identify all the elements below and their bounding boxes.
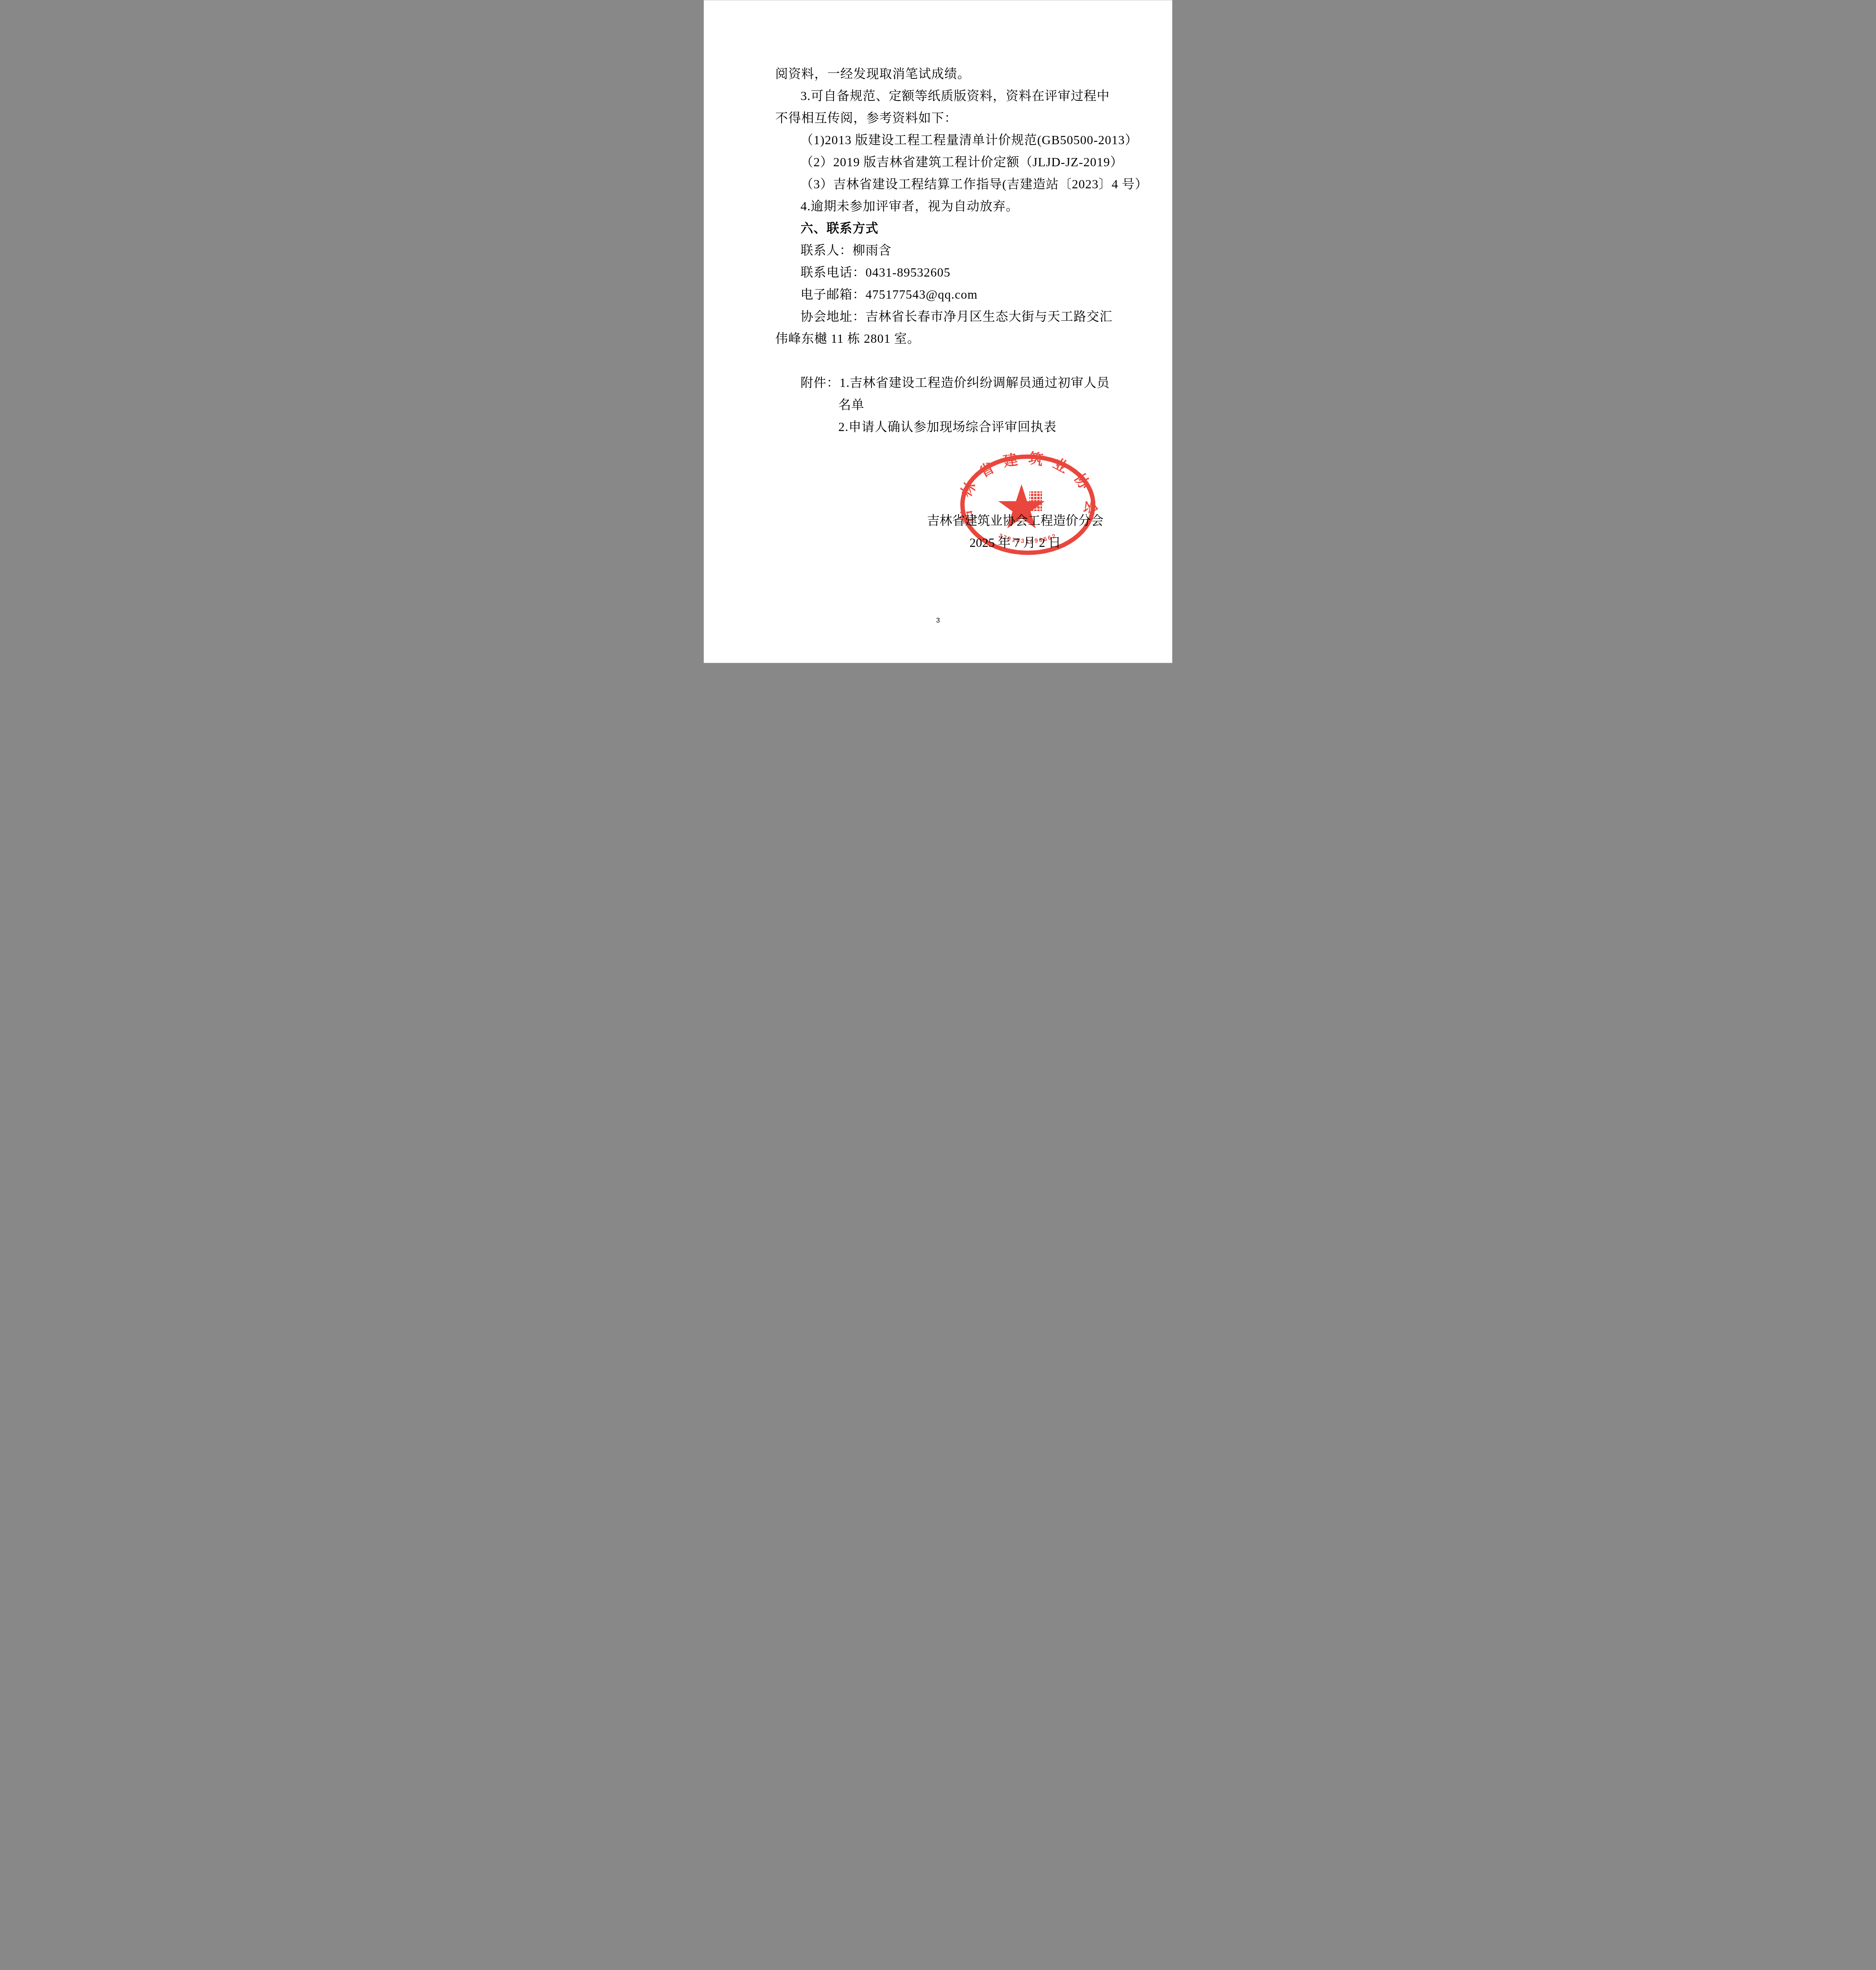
doc-line: 3.可自备规范、定额等纸质版资料，资料在评审过程中 (775, 85, 1106, 107)
attachment-line: 名单 (775, 394, 1106, 416)
blank-space (775, 438, 1106, 509)
page-number: 3 (936, 617, 940, 624)
signature-organization: 吉林省建筑业协会工程造价分会 (926, 509, 1104, 532)
signature-block: 吉林省建筑业协会工程造价分会 2025 年 7 月 2 日 (926, 509, 1104, 554)
doc-line: （2）2019 版吉林省建筑工程计价定额（JLJD-JZ-2019） (775, 151, 1106, 173)
blank-line (775, 349, 1106, 372)
contact-address-line: 协会地址：吉林省长春市净月区生态大街与天工路交汇 (775, 305, 1106, 327)
doc-line: 不得相互传阅，参考资料如下： (775, 107, 1106, 129)
page-footer: 3 (704, 616, 1172, 625)
contact-address-line: 伟峰东樾 11 栋 2801 室。 (775, 327, 1106, 349)
doc-line: （3）吉林省建设工程结算工作指导(吉建造站〔2023〕4 号） (775, 173, 1106, 195)
doc-line: 阅资料，一经发现取消笔试成绩。 (775, 63, 1106, 85)
doc-line: 4.逾期未参加评审者，视为自动放弃。 (775, 195, 1106, 217)
document-body: 阅资料，一经发现取消笔试成绩。 3.可自备规范、定额等纸质版资料，资料在评审过程… (704, 0, 1172, 554)
signature-date: 2025 年 7 月 2 日 (926, 532, 1104, 554)
contact-email-line: 电子邮箱：475177543@qq.com (775, 283, 1106, 305)
contact-phone-line: 联系电话：0431-89532605 (775, 261, 1106, 283)
document-page: 阅资料，一经发现取消笔试成绩。 3.可自备规范、定额等纸质版资料，资料在评审过程… (704, 0, 1172, 663)
attachment-line: 附件：1.吉林省建设工程造价纠纷调解员通过初审人员 (775, 372, 1106, 394)
attachment-line: 2.申请人确认参加现场综合评审回执表 (775, 416, 1106, 438)
contact-person-line: 联系人：柳雨含 (775, 239, 1106, 261)
section-heading: 六、联系方式 (775, 217, 1106, 239)
doc-line: （1)2013 版建设工程工程量清单计价规范(GB50500-2013） (775, 129, 1106, 151)
